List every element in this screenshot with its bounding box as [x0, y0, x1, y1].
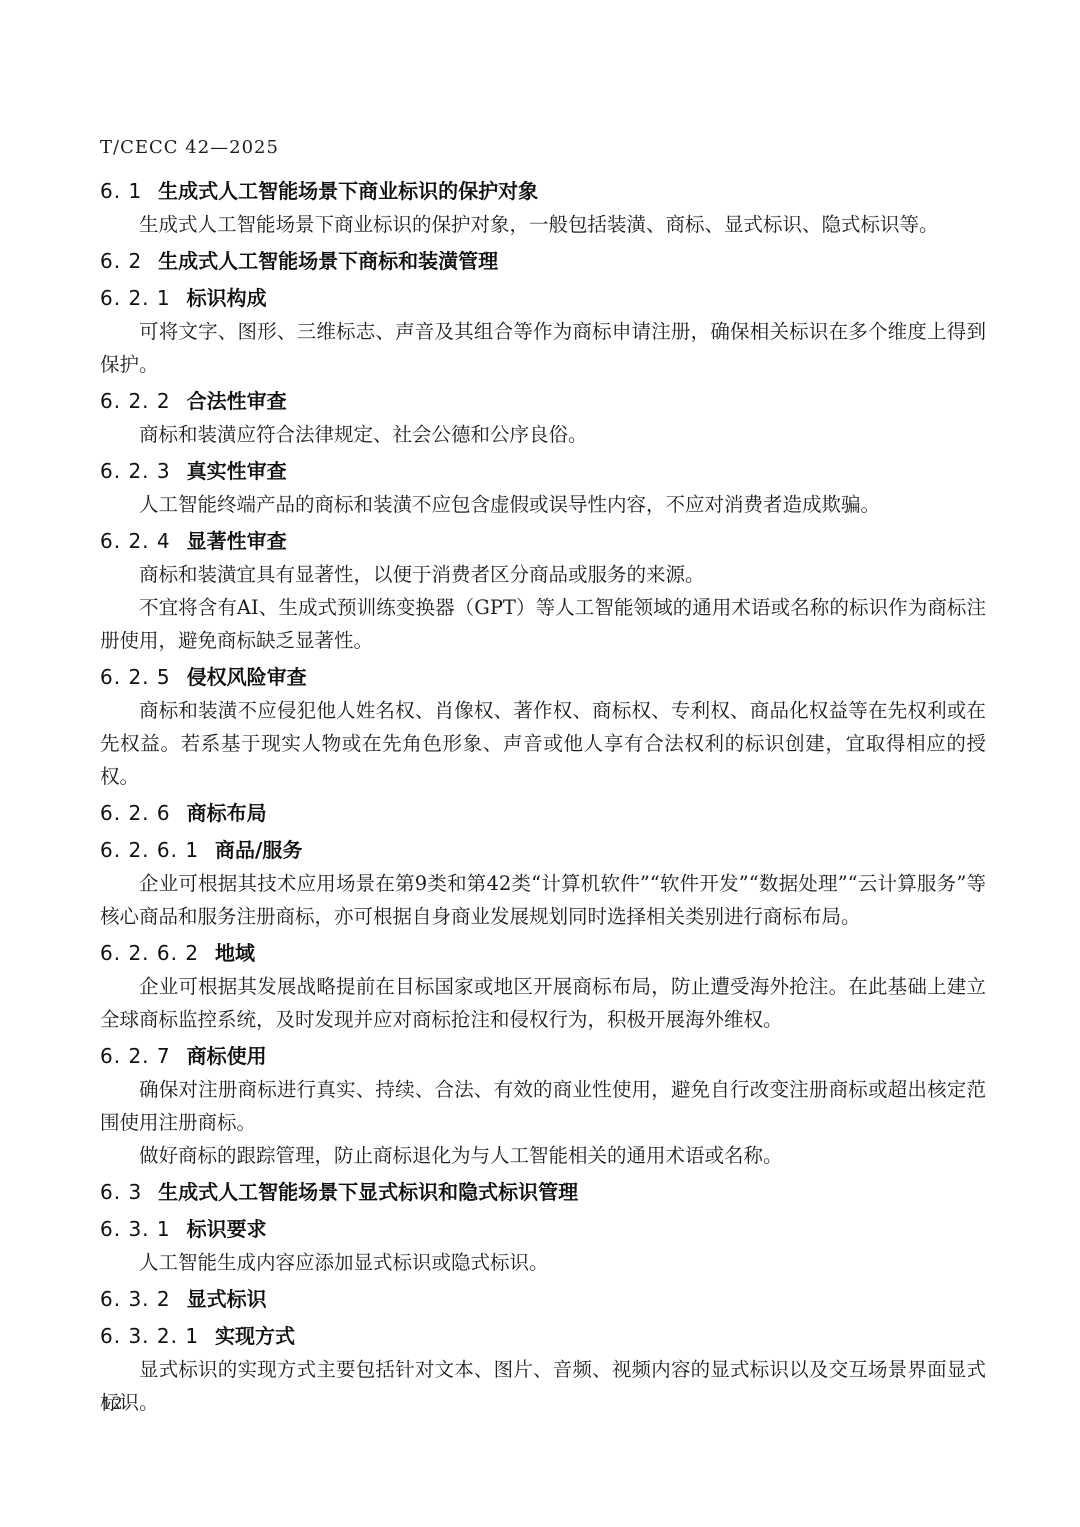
- section-number: 6. 2. 1: [100, 286, 171, 310]
- section-number: 6. 3: [100, 1180, 142, 1204]
- paragraph: 企业可根据其技术应用场景在第9类和第42类“计算机软件”“软件开发”“数据处理”…: [100, 867, 986, 933]
- section-number: 6. 2. 5: [100, 665, 171, 689]
- paragraph: 人工智能生成内容应添加显式标识或隐式标识。: [100, 1246, 986, 1279]
- section-number: 6. 2. 6: [100, 801, 171, 825]
- paragraph: 做好商标的跟踪管理，防止商标退化为与人工智能相关的通用术语或名称。: [100, 1139, 986, 1172]
- section-number: 6. 2. 2: [100, 389, 171, 413]
- section-title: 真实性审查: [187, 459, 287, 483]
- section-title: 合法性审查: [187, 389, 287, 413]
- section-number: 6. 1: [100, 179, 142, 203]
- section-heading-6-2-6-1: 6. 2. 6. 1商品/服务: [100, 834, 986, 867]
- section-heading-6-2-3: 6. 2. 3真实性审查: [100, 455, 986, 488]
- section-title: 生成式人工智能场景下商业标识的保护对象: [158, 179, 538, 203]
- section-number: 6. 3. 1: [100, 1217, 171, 1241]
- section-title: 生成式人工智能场景下显式标识和隐式标识管理: [158, 1180, 578, 1204]
- paragraph: 人工智能终端产品的商标和装潢不应包含虚假或误导性内容，不应对消费者造成欺骗。: [100, 488, 986, 521]
- section-heading-6-2: 6. 2生成式人工智能场景下商标和装潢管理: [100, 245, 986, 278]
- section-heading-6-3-1: 6. 3. 1标识要求: [100, 1213, 986, 1246]
- section-title: 商标使用: [187, 1044, 267, 1068]
- paragraph: 确保对注册商标进行真实、持续、合法、有效的商业性使用，避免自行改变注册商标或超出…: [100, 1073, 986, 1139]
- section-number: 6. 3. 2. 1: [100, 1324, 199, 1348]
- section-heading-6-2-7: 6. 2. 7商标使用: [100, 1040, 986, 1073]
- paragraph: 不宜将含有AI、生成式预训练变换器（GPT）等人工智能领域的通用术语或名称的标识…: [100, 591, 986, 657]
- paragraph: 可将文字、图形、三维标志、声音及其组合等作为商标申请注册，确保相关标识在多个维度…: [100, 315, 986, 381]
- document-body: 6. 1生成式人工智能场景下商业标识的保护对象生成式人工智能场景下商业标识的保护…: [100, 171, 986, 1419]
- section-number: 6. 2. 3: [100, 459, 171, 483]
- document-page: T/CECC 42—2025 6. 1生成式人工智能场景下商业标识的保护对象生成…: [0, 0, 1080, 1527]
- section-title: 显式标识: [187, 1287, 267, 1311]
- page-number: 12: [101, 1394, 123, 1414]
- section-title: 侵权风险审查: [187, 665, 307, 689]
- section-heading-6-1: 6. 1生成式人工智能场景下商业标识的保护对象: [100, 175, 986, 208]
- section-title: 实现方式: [215, 1324, 295, 1348]
- section-heading-6-2-2: 6. 2. 2合法性审查: [100, 385, 986, 418]
- section-number: 6. 2. 6. 1: [100, 838, 199, 862]
- section-title: 标识构成: [187, 286, 267, 310]
- paragraph: 商标和装潢宜具有显著性，以便于消费者区分商品或服务的来源。: [100, 558, 986, 591]
- section-heading-6-3-2-1: 6. 3. 2. 1实现方式: [100, 1320, 986, 1353]
- section-heading-6-3: 6. 3生成式人工智能场景下显式标识和隐式标识管理: [100, 1176, 986, 1209]
- section-number: 6. 2: [100, 249, 142, 273]
- section-heading-6-2-4: 6. 2. 4显著性审查: [100, 525, 986, 558]
- section-title: 商标布局: [187, 801, 267, 825]
- paragraph: 企业可根据其发展战略提前在目标国家或地区开展商标布局，防止遭受海外抢注。在此基础…: [100, 970, 986, 1036]
- section-heading-6-2-1: 6. 2. 1标识构成: [100, 282, 986, 315]
- section-title: 地域: [215, 941, 255, 965]
- section-title: 标识要求: [187, 1217, 267, 1241]
- section-number: 6. 2. 4: [100, 529, 171, 553]
- section-heading-6-2-6: 6. 2. 6商标布局: [100, 797, 986, 830]
- section-number: 6. 2. 7: [100, 1044, 171, 1068]
- section-number: 6. 3. 2: [100, 1287, 171, 1311]
- paragraph: 商标和装潢应符合法律规定、社会公德和公序良俗。: [100, 418, 986, 451]
- section-heading-6-2-5: 6. 2. 5侵权风险审查: [100, 661, 986, 694]
- paragraph: 商标和装潢不应侵犯他人姓名权、肖像权、著作权、商标权、专利权、商品化权益等在先权…: [100, 694, 986, 793]
- paragraph: 显式标识的实现方式主要包括针对文本、图片、音频、视频内容的显式标识以及交互场景界…: [100, 1353, 986, 1419]
- section-title: 商品/服务: [215, 838, 302, 862]
- standard-number-header: T/CECC 42—2025: [100, 137, 279, 158]
- section-heading-6-3-2: 6. 3. 2显式标识: [100, 1283, 986, 1316]
- section-number: 6. 2. 6. 2: [100, 941, 199, 965]
- section-title: 生成式人工智能场景下商标和装潢管理: [158, 249, 498, 273]
- section-title: 显著性审查: [187, 529, 287, 553]
- paragraph: 生成式人工智能场景下商业标识的保护对象，一般包括装潢、商标、显式标识、隐式标识等…: [100, 208, 986, 241]
- section-heading-6-2-6-2: 6. 2. 6. 2地域: [100, 937, 986, 970]
